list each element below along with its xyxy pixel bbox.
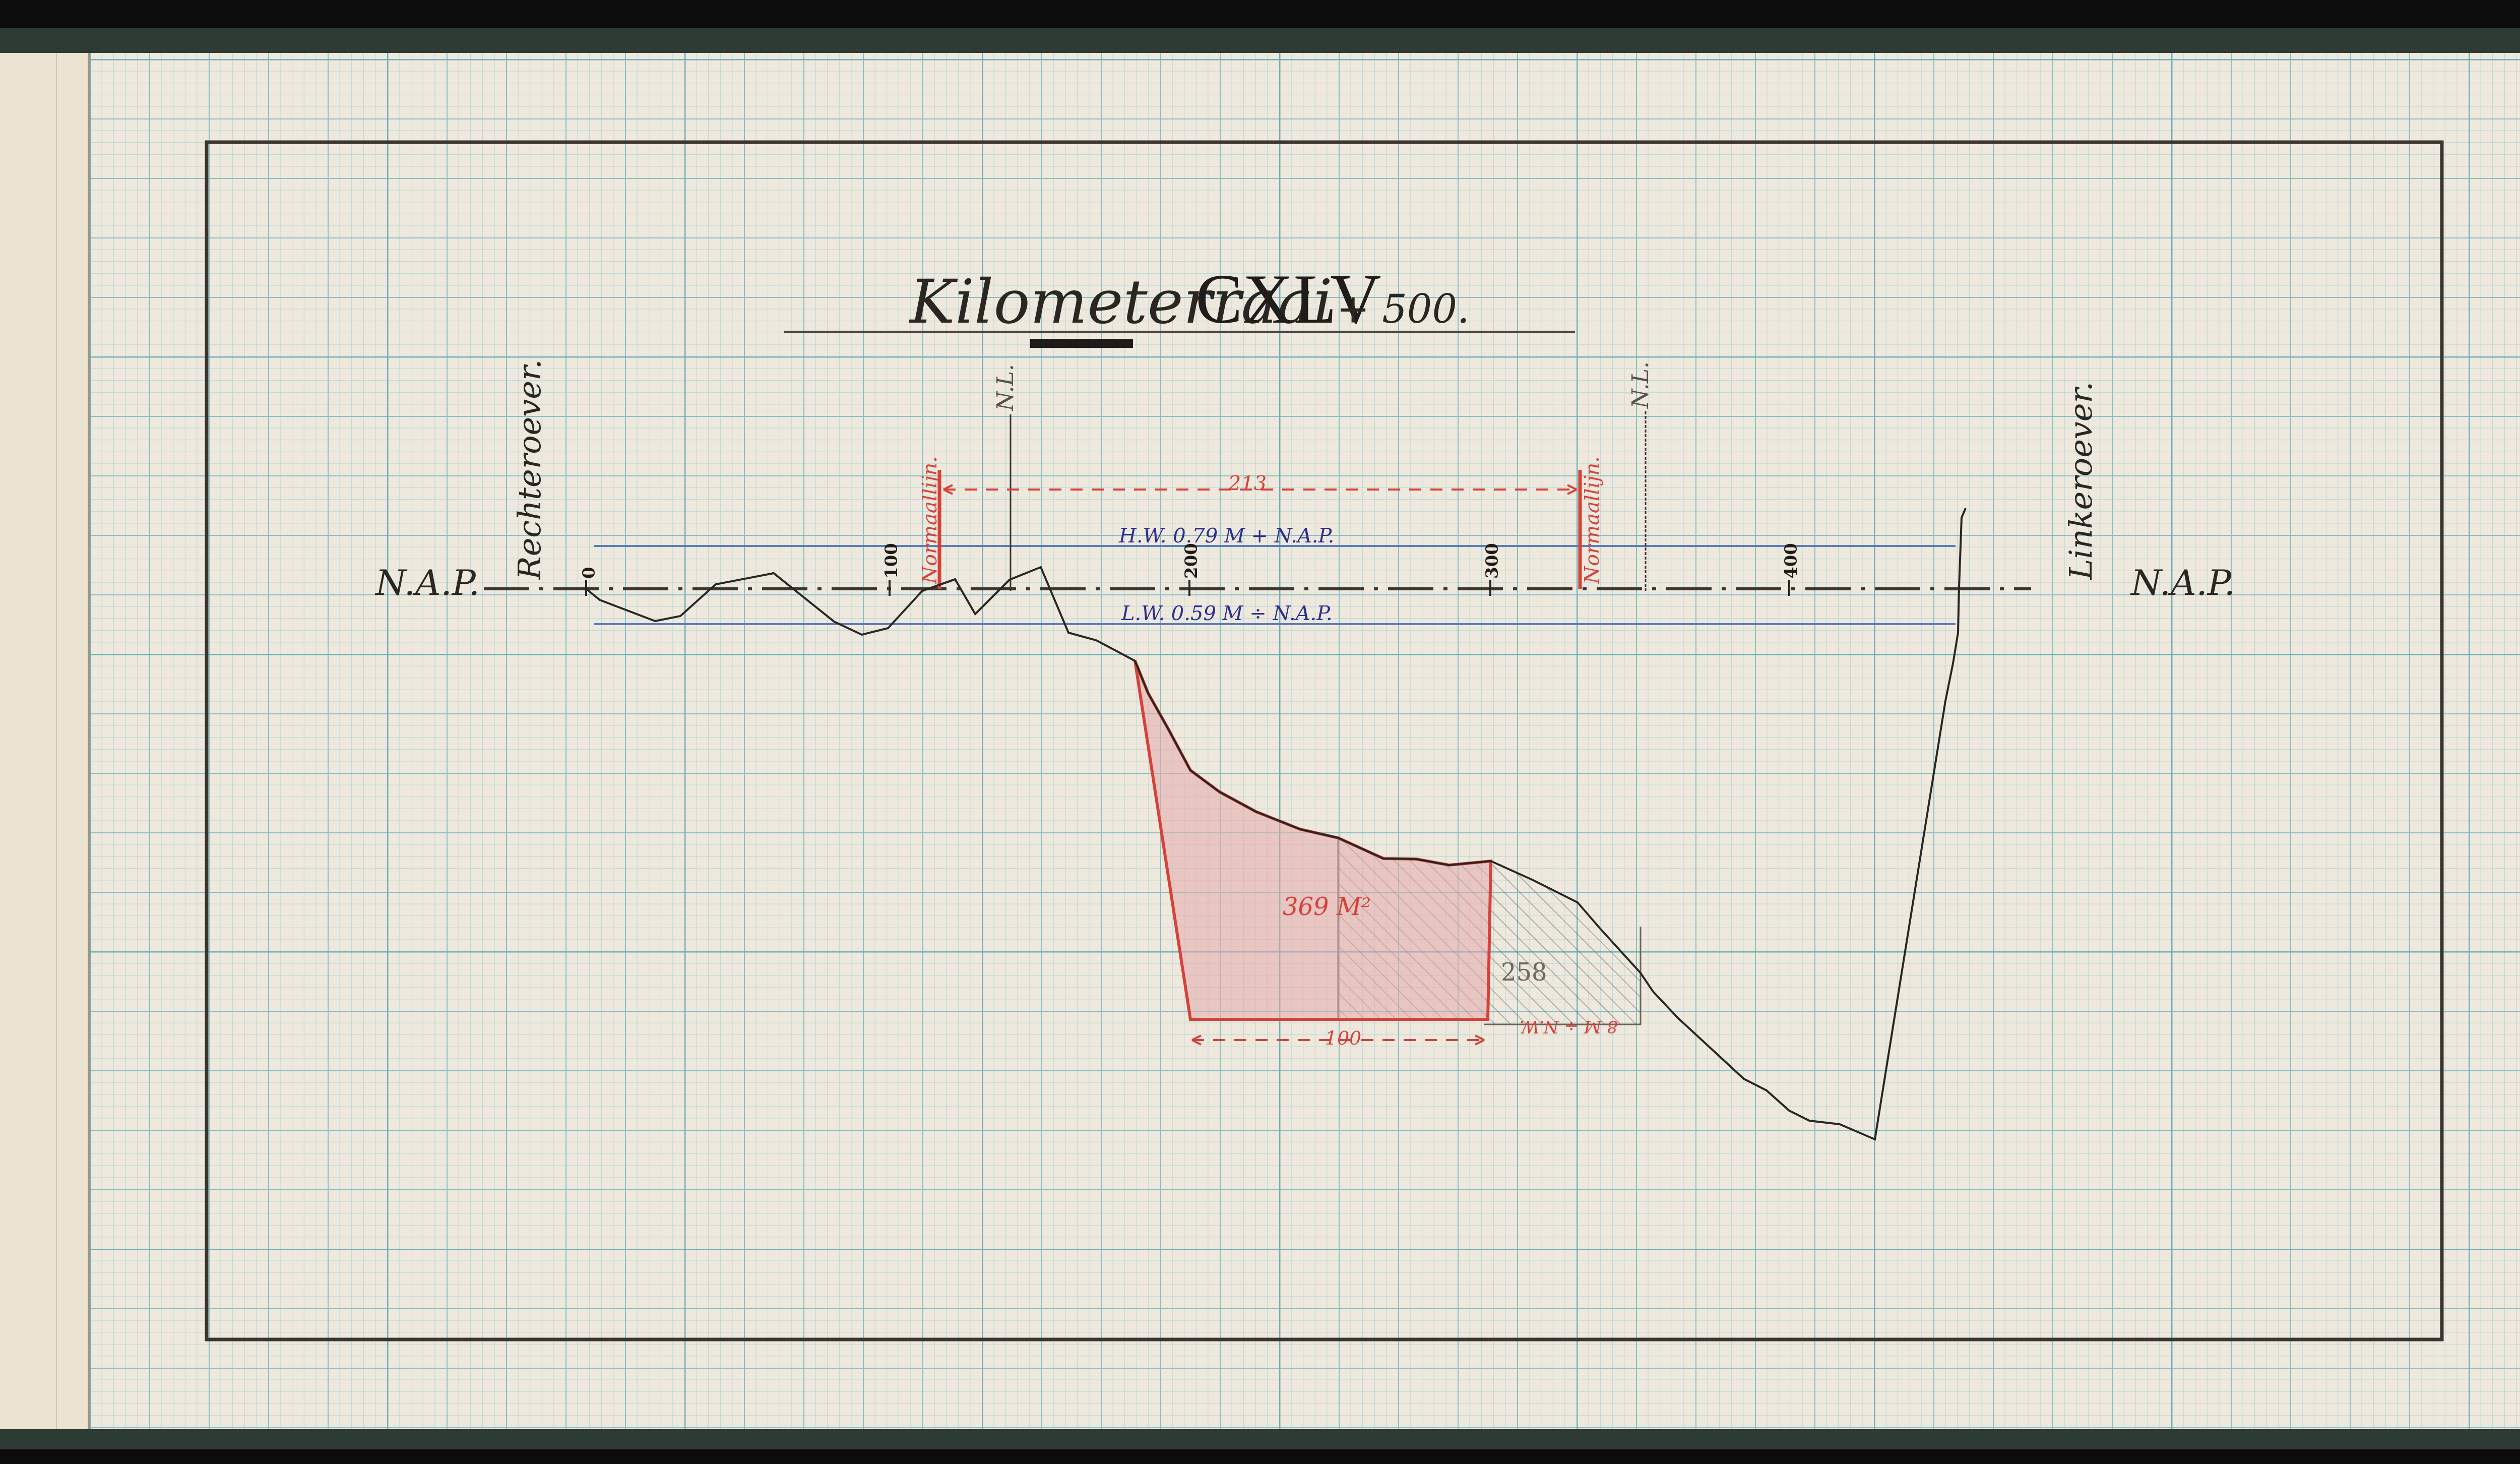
- binding-bottom: [0, 1429, 2520, 1449]
- graph-paper: [90, 53, 2520, 1429]
- tick-100: 100: [881, 543, 902, 579]
- hatched-area-label: 258: [1501, 958, 1547, 987]
- normal-line-right-label: Normaallijn.: [1581, 456, 1604, 584]
- nap-label-right: N.A.P.: [2130, 562, 2235, 603]
- left-page: [0, 53, 88, 1429]
- tick-400: 400: [1781, 543, 1801, 579]
- nl-label-right: N.L.: [1628, 361, 1654, 409]
- cut-depth-label: 8 M ÷ N.W.: [1519, 1016, 1618, 1036]
- drawing-scene: Kilometerraai CXLV + 500. H.W. 0.79 M + …: [0, 0, 2520, 1464]
- title-underline: [1030, 339, 1133, 348]
- cut-area-label: 369 M²: [1283, 893, 1371, 921]
- nl-label-left: N.L.: [993, 364, 1019, 411]
- nap-label-left: N.A.P.: [374, 562, 480, 603]
- cut-width-label: 100: [1325, 1027, 1362, 1049]
- left-bank-label: Rechteroever.: [511, 359, 548, 580]
- normal-line-width-label: 213: [1228, 472, 1267, 495]
- right-bank-label: Linkeroever.: [2062, 382, 2099, 580]
- normal-line-left-label: Normaallijn.: [918, 456, 941, 584]
- high-water-label: H.W. 0.79 M + N.A.P.: [1118, 524, 1334, 547]
- tick-200: 200: [1181, 543, 1202, 579]
- low-water-label: L.W. 0.59 M ÷ N.A.P.: [1121, 602, 1333, 625]
- tick-300: 300: [1482, 543, 1502, 579]
- tick-0: 0: [579, 567, 599, 579]
- title-suffix: + 500.: [1337, 287, 1470, 332]
